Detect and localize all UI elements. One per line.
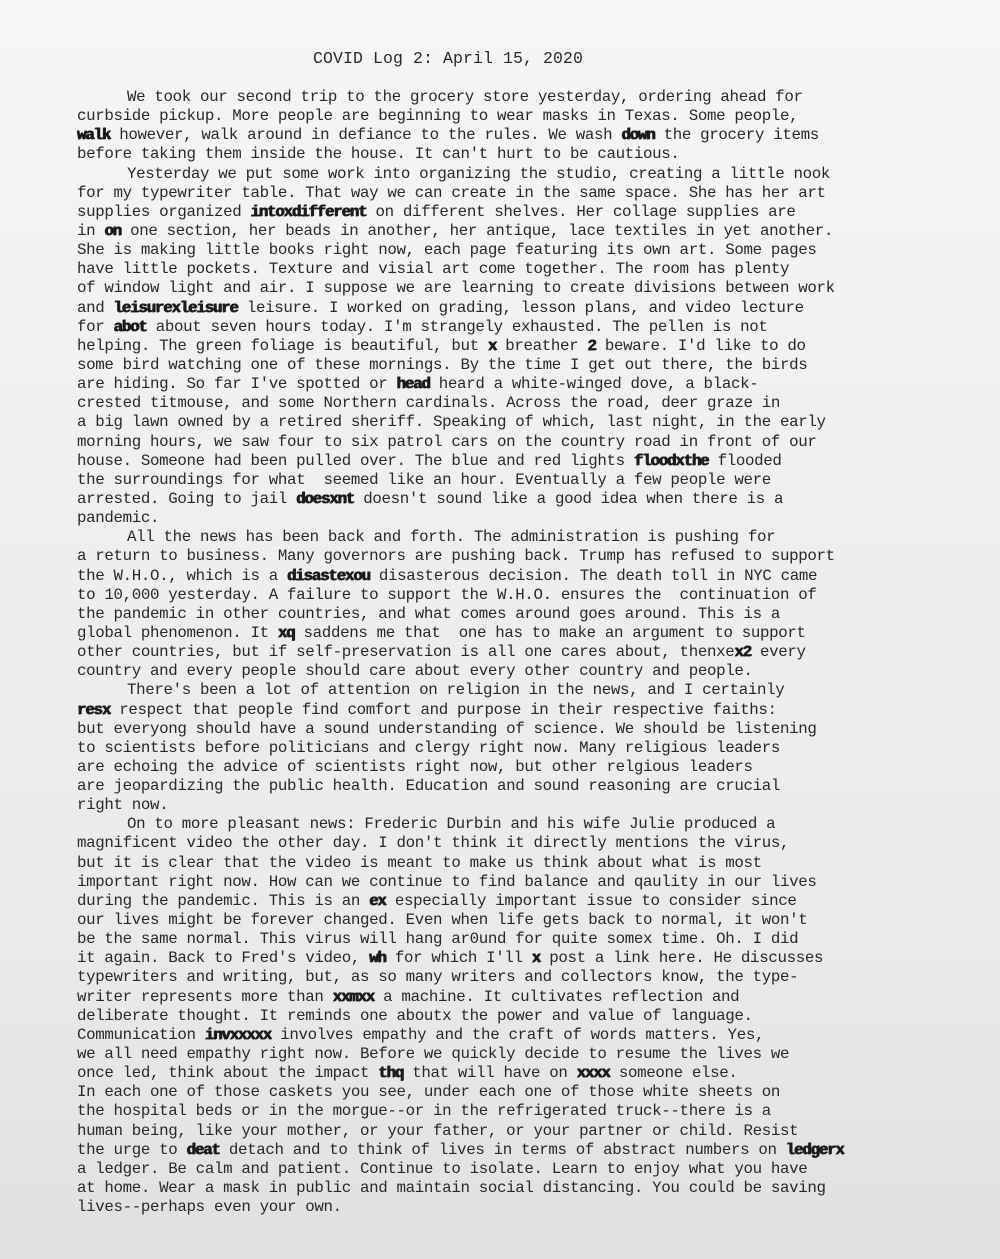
text-line: curbside pickup. More people are beginni… — [77, 107, 957, 126]
text-line: are hiding. So far I've spotted or head … — [77, 375, 957, 394]
text-line: supplies organized intoxdifferent on dif… — [77, 203, 957, 222]
document-title: COVID Log 2: April 15, 2020 — [313, 49, 583, 68]
text-segment: We took our second trip to the grocery s… — [127, 88, 803, 106]
text-segment: have little pockets. Texture and visial … — [77, 260, 789, 278]
text-segment: about seven hours today. I'm strangely e… — [147, 318, 768, 336]
text-segment: important right now. How can we continue… — [77, 873, 817, 891]
text-segment: Communication — [77, 1026, 205, 1044]
text-segment: beware. I'd like to do — [596, 337, 806, 355]
text-segment: Yesterday we put some work into organizi… — [127, 165, 830, 183]
text-line: She is making little books right now, ea… — [77, 241, 957, 260]
text-line: be the same normal. This virus will hang… — [77, 930, 957, 949]
text-line: walk however, walk around in defiance to… — [77, 126, 957, 145]
text-line: in on one section, her beads in another,… — [77, 222, 957, 241]
text-line: On to more pleasant news: Frederic Durbi… — [77, 815, 957, 834]
text-line: the W.H.O., which is a disastexou disast… — [77, 567, 957, 586]
text-segment: are jeopardizing the public health. Educ… — [77, 777, 780, 795]
text-segment: in — [77, 222, 104, 240]
text-line: Yesterday we put some work into organizi… — [77, 165, 957, 184]
struck-out-text: ex — [369, 892, 386, 910]
text-line: morning hours, we saw four to six patrol… — [77, 433, 957, 452]
text-line: the urge to deat detach and to think of … — [77, 1141, 957, 1160]
text-segment: In each one of those caskets you see, un… — [77, 1083, 780, 1101]
text-segment: detach and to think of lives in terms of… — [220, 1141, 786, 1159]
text-segment: curbside pickup. More people are beginni… — [77, 107, 798, 125]
text-segment: respect that people find comfort and pur… — [110, 701, 776, 719]
text-line: deliberate thought. It reminds one about… — [77, 1007, 957, 1026]
struck-out-text: intoxdifferent — [250, 203, 366, 221]
text-line: human being, like your mother, or your f… — [77, 1122, 957, 1141]
text-segment: doesn't sound like a good idea when ther… — [354, 490, 783, 508]
text-line: at home. Wear a mask in public and maint… — [77, 1179, 957, 1198]
text-line: have little pockets. Texture and visial … — [77, 260, 957, 279]
text-line: house. Someone had been pulled over. The… — [77, 452, 957, 471]
text-line: for my typewriter table. That way we can… — [77, 184, 957, 203]
text-line: All the news has been back and forth. Th… — [77, 528, 957, 547]
text-segment: pandemic. — [77, 509, 159, 527]
text-segment: be the same normal. This virus will hang… — [77, 930, 798, 948]
text-line: for abot about seven hours today. I'm st… — [77, 318, 957, 337]
text-segment: and — [77, 299, 114, 317]
text-segment: arrested. Going to jail — [77, 490, 296, 508]
text-line: our lives might be forever changed. Even… — [77, 911, 957, 930]
text-segment: lives--perhaps even your own. — [77, 1198, 342, 1216]
text-line: the surroundings for what seemed like an… — [77, 471, 957, 490]
text-segment: for which I'll — [386, 949, 532, 967]
text-segment: right now. — [77, 796, 168, 814]
struck-out-text: deat — [187, 1141, 220, 1159]
text-segment: the hospital beds or in the morgue--or i… — [77, 1102, 771, 1120]
text-segment: a machine. It cultivates reflection and — [374, 988, 739, 1006]
text-segment: for my typewriter table. That way we can… — [77, 184, 826, 202]
text-line: In each one of those caskets you see, un… — [77, 1083, 957, 1102]
struck-out-text: abot — [114, 318, 147, 336]
text-line: once led, think about the impact thq tha… — [77, 1064, 957, 1083]
text-line: but it is clear that the video is meant … — [77, 854, 957, 873]
text-segment: on different shelves. Her collage suppli… — [366, 203, 795, 221]
text-line: writer represents more than xxmxx a mach… — [77, 988, 957, 1007]
text-line: other countries, but if self-preservatio… — [77, 643, 957, 662]
text-segment: the W.H.O., which is a — [77, 567, 287, 585]
struck-out-text: doesxnt — [296, 490, 354, 508]
text-line: right now. — [77, 796, 957, 815]
struck-out-text: x — [488, 337, 496, 355]
text-segment: for — [77, 318, 114, 336]
struck-out-text: leisurexleisure — [114, 299, 238, 317]
text-segment: one section, her beads in another, her a… — [121, 222, 833, 240]
text-segment: once led, think about the impact — [77, 1064, 378, 1082]
struck-out-text: ledgerx — [786, 1141, 844, 1159]
text-line: pandemic. — [77, 509, 957, 528]
text-segment: the grocery items — [655, 126, 819, 144]
text-line: and leisurexleisure leisure. I worked on… — [77, 299, 957, 318]
struck-out-text: disastexou — [287, 567, 370, 585]
struck-out-text: thq — [378, 1064, 403, 1082]
text-line: are jeopardizing the public health. Educ… — [77, 777, 957, 796]
text-segment: supplies organized — [77, 203, 250, 221]
struck-out-text: resx — [77, 701, 110, 719]
text-line: a big lawn owned by a retired sheriff. S… — [77, 413, 957, 432]
text-line: country and every people should care abo… — [77, 662, 957, 681]
struck-out-text: xq — [278, 624, 295, 642]
text-segment: morning hours, we saw four to six patrol… — [77, 433, 817, 451]
struck-out-text: down — [621, 126, 654, 144]
text-segment: are echoing the advice of scientists rig… — [77, 758, 753, 776]
text-line: important right now. How can we continue… — [77, 873, 957, 892]
struck-out-text: invxxxxx — [205, 1026, 271, 1044]
text-segment: house. Someone had been pulled over. The… — [77, 452, 634, 470]
text-segment: before taking them inside the house. It … — [77, 145, 680, 163]
text-segment: a return to business. Many governors are… — [77, 547, 835, 565]
struck-out-text: x2 — [734, 643, 751, 661]
text-segment: that will have on — [403, 1064, 576, 1082]
text-segment: the surroundings for what seemed like an… — [77, 471, 771, 489]
struck-out-text: wh — [369, 949, 386, 967]
text-line: Communication invxxxxx involves empathy … — [77, 1026, 957, 1045]
text-segment: it again. Back to Fred's video, — [77, 949, 369, 967]
text-line: global phenomenon. It xq saddens me that… — [77, 624, 957, 643]
text-line: are echoing the advice of scientists rig… — [77, 758, 957, 777]
text-segment: On to more pleasant news: Frederic Durbi… — [127, 815, 775, 833]
document-body: We took our second trip to the grocery s… — [77, 88, 957, 1217]
text-segment: every — [751, 643, 806, 661]
text-line: it again. Back to Fred's video, wh for w… — [77, 949, 957, 968]
text-segment: to 10,000 yesterday. A failure to suppor… — [77, 586, 817, 604]
text-line: of window light and air. I suppose we ar… — [77, 279, 957, 298]
text-line: the pandemic in other countries, and wha… — [77, 605, 957, 624]
text-segment: She is making little books right now, ea… — [77, 241, 817, 259]
struck-out-text: xxmxx — [333, 988, 374, 1006]
text-segment: a big lawn owned by a retired sheriff. S… — [77, 413, 826, 431]
text-line: crested titmouse, and some Northern card… — [77, 394, 957, 413]
text-line: to scientists before politicians and cle… — [77, 739, 957, 758]
text-segment: post a link here. He discusses — [540, 949, 823, 967]
text-line: typewriters and writing, but, as so many… — [77, 968, 957, 987]
text-segment: disasterous decision. The death toll in … — [370, 567, 817, 585]
struck-out-text: floodxthe — [634, 452, 709, 470]
text-segment: to scientists before politicians and cle… — [77, 739, 780, 757]
text-line: a return to business. Many governors are… — [77, 547, 957, 566]
text-line: before taking them inside the house. It … — [77, 145, 957, 164]
text-segment: we all need empathy right now. Before we… — [77, 1045, 789, 1063]
text-segment: during the pandemic. This is an — [77, 892, 369, 910]
text-segment: the pandemic in other countries, and wha… — [77, 605, 780, 623]
text-segment: someone else. — [610, 1064, 738, 1082]
text-line: during the pandemic. This is an ex espec… — [77, 892, 957, 911]
text-segment: crested titmouse, and some Northern card… — [77, 394, 780, 412]
struck-out-text: x — [532, 949, 540, 967]
text-segment: other countries, but if self-preservatio… — [77, 643, 734, 661]
struck-out-text: xxxx — [577, 1064, 610, 1082]
text-line: the hospital beds or in the morgue--or i… — [77, 1102, 957, 1121]
text-segment: deliberate thought. It reminds one about… — [77, 1007, 753, 1025]
text-line: There's been a lot of attention on relig… — [77, 681, 957, 700]
text-line: a ledger. Be calm and patient. Continue … — [77, 1160, 957, 1179]
text-line: we all need empathy right now. Before we… — [77, 1045, 957, 1064]
text-segment: magnificent video the other day. I don't… — [77, 834, 789, 852]
text-segment: a ledger. Be calm and patient. Continue … — [77, 1160, 807, 1178]
text-segment: leisure. I worked on grading, lesson pla… — [238, 299, 804, 317]
struck-out-text: on — [104, 222, 121, 240]
text-line: some bird watching one of these mornings… — [77, 356, 957, 375]
text-segment: but everyong should have a sound underst… — [77, 720, 817, 738]
text-segment: human being, like your mother, or your f… — [77, 1122, 798, 1140]
text-line: arrested. Going to jail doesxnt doesn't … — [77, 490, 957, 509]
text-segment: flooded — [708, 452, 781, 470]
struck-out-text: walk — [77, 126, 110, 144]
text-segment: especially important issue to consider s… — [386, 892, 797, 910]
text-segment: however, walk around in defiance to the … — [110, 126, 621, 144]
text-segment: global phenomenon. It — [77, 624, 278, 642]
text-segment: There's been a lot of attention on relig… — [127, 681, 784, 699]
text-segment: are hiding. So far I've spotted or — [77, 375, 397, 393]
text-segment: saddens me that one has to make an argum… — [294, 624, 805, 642]
text-segment: at home. Wear a mask in public and maint… — [77, 1179, 826, 1197]
struck-out-text: head — [397, 375, 430, 393]
text-segment: involves empathy and the craft of words … — [271, 1026, 764, 1044]
typewritten-page: COVID Log 2: April 15, 2020 We took our … — [0, 0, 1000, 1259]
text-line: to 10,000 yesterday. A failure to suppor… — [77, 586, 957, 605]
struck-out-text: 2 — [587, 337, 595, 355]
text-segment: our lives might be forever changed. Even… — [77, 911, 807, 929]
text-line: lives--perhaps even your own. — [77, 1198, 957, 1217]
text-segment: helping. The green foliage is beautiful,… — [77, 337, 488, 355]
text-segment: of window light and air. I suppose we ar… — [77, 279, 835, 297]
text-segment: typewriters and writing, but, as so many… — [77, 968, 798, 986]
text-line: magnificent video the other day. I don't… — [77, 834, 957, 853]
text-line: We took our second trip to the grocery s… — [77, 88, 957, 107]
text-line: resx respect that people find comfort an… — [77, 701, 957, 720]
text-line: but everyong should have a sound underst… — [77, 720, 957, 739]
text-segment: All the news has been back and forth. Th… — [127, 528, 775, 546]
text-segment: breather — [496, 337, 587, 355]
text-segment: some bird watching one of these mornings… — [77, 356, 807, 374]
text-line: helping. The green foliage is beautiful,… — [77, 337, 957, 356]
text-segment: writer represents more than — [77, 988, 333, 1006]
text-segment: country and every people should care abo… — [77, 662, 753, 680]
text-segment: heard a white-winged dove, a black- — [430, 375, 759, 393]
text-segment: the urge to — [77, 1141, 187, 1159]
text-segment: but it is clear that the video is meant … — [77, 854, 762, 872]
